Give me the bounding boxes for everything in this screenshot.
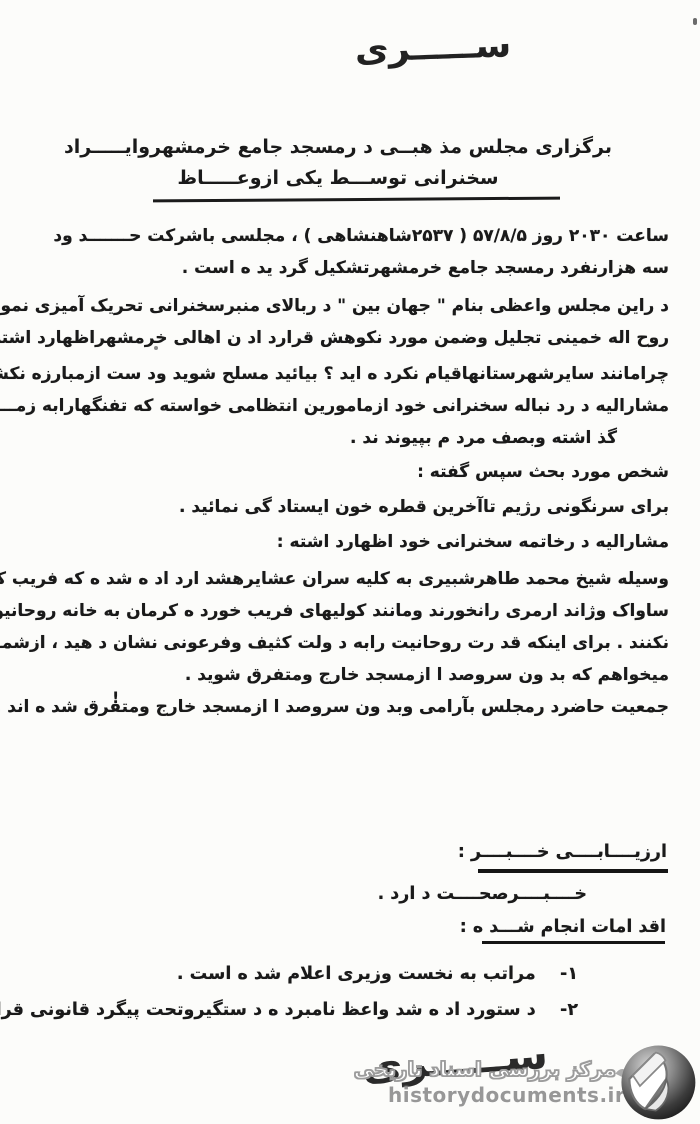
body-line: مشارالیه د رخاتمه سخنرانی خود اظهارد اشت…	[28, 526, 669, 558]
actions-heading: اقد امات انجام شـــد ه :	[460, 917, 666, 937]
document-heading: برگزاری مجلس مذ هبــی د رمسجد جامع خرمشه…	[0, 136, 688, 189]
body-line: ساواک وژاند ارمری رانخورند ومانند کولیها…	[28, 595, 669, 627]
body-line: مشارالیه د رد نباله سخنرانی خود ازماموری…	[28, 390, 669, 422]
body-line: وسیله شیخ محمد طاهرشبیری به کلیه سران عش…	[28, 563, 669, 595]
body-line: شخص مورد بحث سپس گفته :	[28, 456, 669, 488]
scan-speck	[154, 346, 158, 350]
watermark-url: historydocuments.ir	[388, 1083, 606, 1107]
evaluation-heading: ارزیــــابــــی خــــبــــر :	[458, 842, 667, 862]
heading-underline	[153, 197, 560, 203]
document-body: ساعت ۲۰۳۰ روز ۵۷/۸/۵ ( ۲۵۳۷شاهنشاهی ) ، …	[28, 220, 669, 723]
body-line: برای سرنگونی رژیم تاآخرین قطره خون ایستا…	[28, 491, 669, 523]
body-line: سه هزارنفرد رمسجد جامع خرمشهرتشکیل گرد ی…	[28, 252, 669, 284]
body-line: ساعت ۲۰۳۰ روز ۵۷/۸/۵ ( ۲۵۳۷شاهنشاهی ) ، …	[28, 220, 669, 252]
scan-speck	[693, 18, 697, 25]
body-line: د راین مجلس واعظی بنام " جهان بین " د رب…	[28, 290, 669, 322]
body-line: روح اله خمینی تجلیل وضمن مورد نکوهش قرار…	[28, 322, 669, 354]
action-item-1: ۱- مراتب به نخست وزیری اعلام شد ه است .	[177, 964, 578, 984]
document-title-line1: برگزاری مجلس مذ هبــی د رمسجد جامع خرمشه…	[0, 136, 688, 158]
scanned-document-page: ســـــری برگزاری مجلس مذ هبــی د رمسجد ج…	[0, 0, 700, 1124]
evaluation-result: خــــبــــرصحــــت د ارد .	[378, 884, 587, 904]
evaluation-underline	[478, 869, 668, 873]
body-line: جمعیت حاضرد رمجلس بآرامی وبد ون سروصد ا …	[28, 691, 669, 723]
watermark-logo-icon	[610, 1040, 698, 1124]
body-line: گذ اشته وبصف مرد م بپیوند ند .	[28, 422, 669, 454]
body-line: چرامانند سایرشهرستانهاقیام نکرد ه اید ؟ …	[28, 358, 669, 390]
actions-underline	[482, 941, 665, 944]
body-line: میخواهم که بد ون سروصد ا ازمسجد خارج ومت…	[28, 659, 669, 691]
body-line: نکنند . برای اینکه قد رت روحانیت رابه د …	[28, 627, 669, 659]
classification-stamp-top: ســـــری	[327, 24, 538, 71]
action-item-2: ۲- د ستورد اد ه شد واعظ نامبرد ه د ستگیر…	[0, 1000, 578, 1020]
document-title-line2: سخنرانی توســـط یکی ازوعـــــاظ	[0, 167, 688, 189]
watermark-organization: مرکز بررسی اسناد تاریخی	[380, 1057, 616, 1081]
scan-artifact-exclamation: !	[112, 688, 119, 707]
